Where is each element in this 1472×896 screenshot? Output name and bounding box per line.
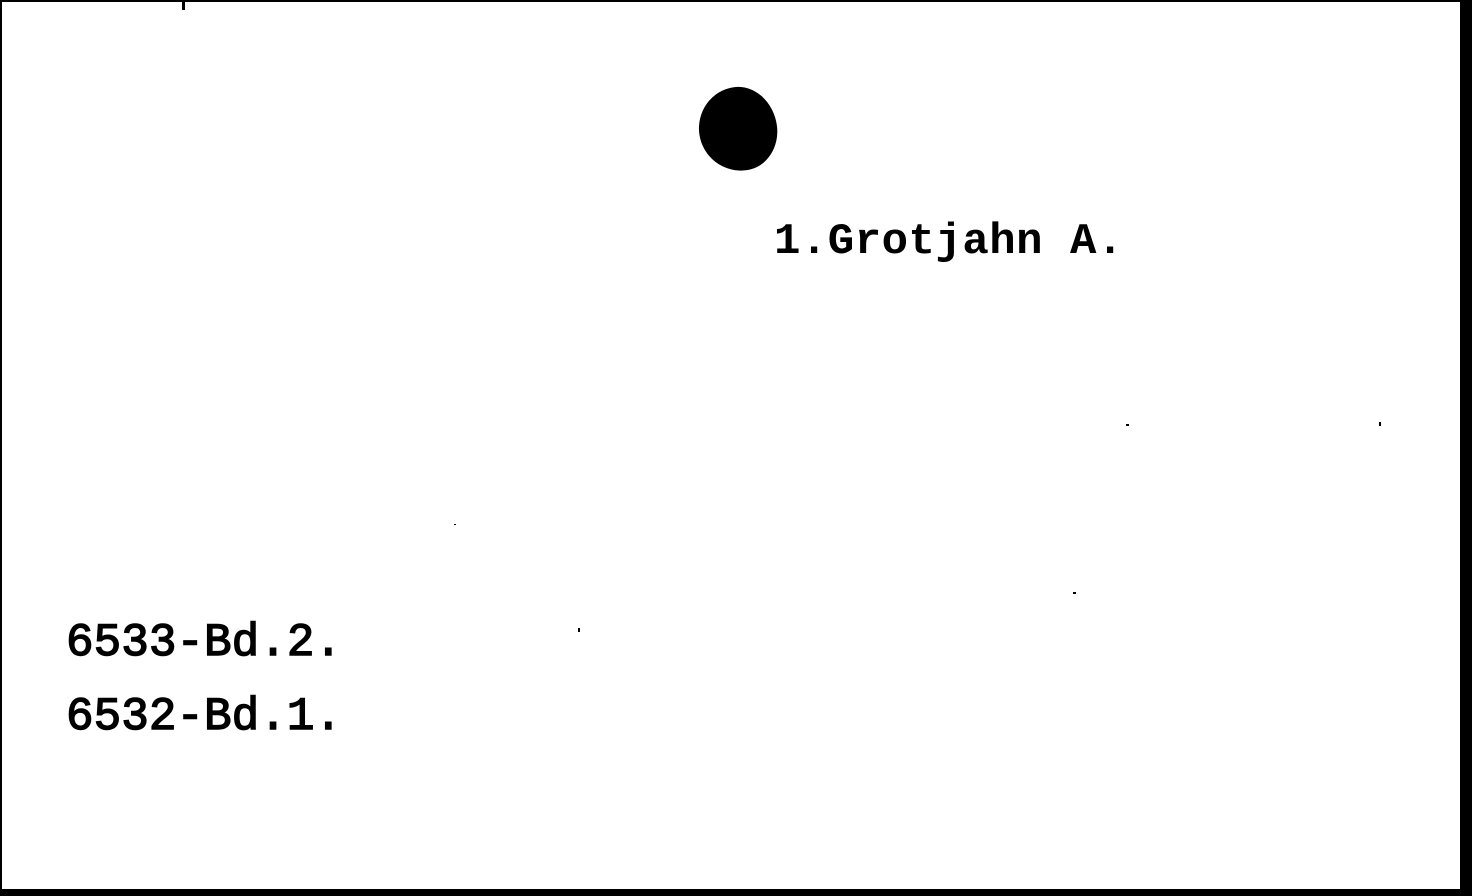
shelf-mark: 6533-Bd.2. [66,622,342,664]
shelf-mark-list: 6533-Bd.2. 6532-Bd.1. [66,590,342,770]
shelf-mark: 6532-Bd.1. [66,696,342,738]
punch-hole-icon [694,82,783,176]
author-heading: 1.Grotjahn A. [774,220,1124,264]
scan-speck [1379,422,1381,426]
scan-speck [1126,424,1129,426]
scan-speck [1073,592,1076,594]
index-card: 1.Grotjahn A. 6533-Bd.2. 6532-Bd.1. [2,2,1464,892]
scan-speck [454,524,456,525]
scan-speck [578,628,580,632]
scan-speck [182,2,185,10]
